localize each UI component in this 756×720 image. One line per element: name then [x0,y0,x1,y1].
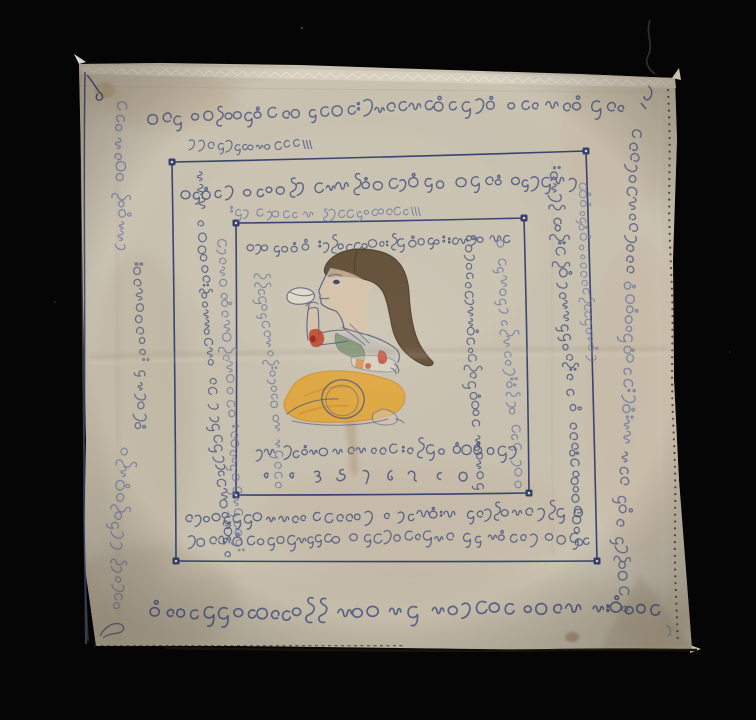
dust-speck [729,351,731,353]
dust-speck [301,27,303,29]
vignette-overlay [79,63,692,650]
scene-svg [0,0,756,720]
photo-of-yantra-cloth [0,0,756,720]
dust-speck [54,301,56,303]
